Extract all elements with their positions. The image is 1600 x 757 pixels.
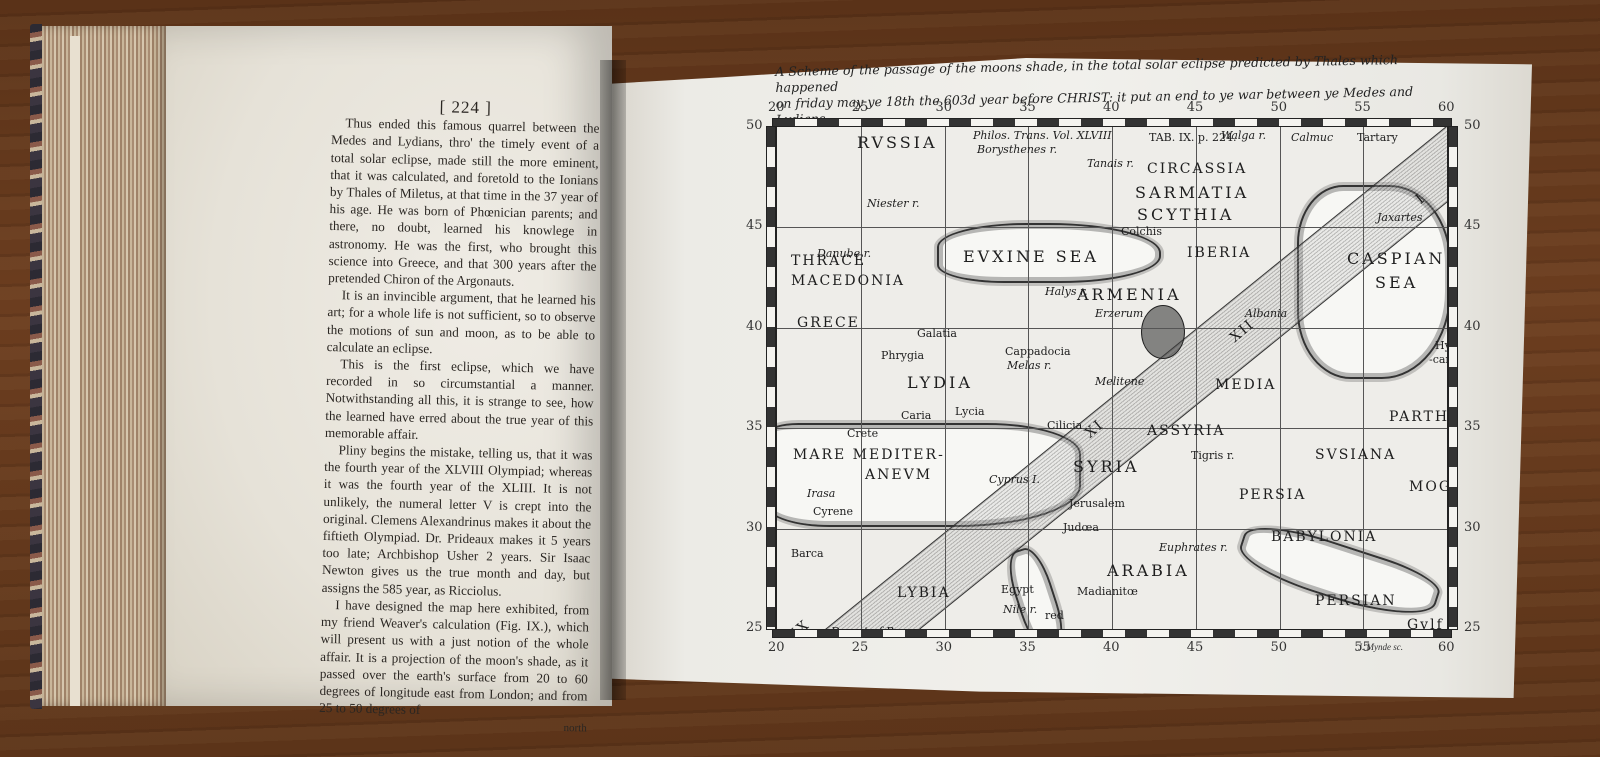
map-label: BABYLONIA [1271, 529, 1377, 545]
map-label: PERSIAN [1315, 593, 1397, 609]
map-body: RVSSIACIRCASSIASARMATIASCYTHIATHRACEMACE… [776, 126, 1448, 630]
map-label: Danube r. [817, 247, 871, 260]
map-label: Hyr- [1435, 339, 1448, 352]
marbled-book-cover-edge [30, 24, 42, 709]
map-label: Cappadocia [1005, 345, 1071, 358]
latitude-tick-left: 35 [746, 419, 763, 434]
longitude-tick-top: 30 [936, 100, 953, 115]
latitude-tick-right: 25 [1464, 620, 1481, 635]
map-label: SYRIA [1073, 457, 1139, 476]
map-label: ETHIOPIA [1135, 627, 1243, 630]
meridian-line [1028, 127, 1029, 629]
longitude-tick-bottom: 30 [936, 640, 953, 655]
map-label: SVSIANA [1315, 447, 1396, 463]
map-label: Madianitœ [1077, 585, 1138, 598]
map-label: Borysthenes r. [977, 143, 1057, 156]
paragraph: Thus ended this famous quarrel between t… [328, 114, 600, 292]
plate-reference: TAB. IX. p. 224. [1149, 131, 1236, 144]
latitude-tick-left: 45 [746, 218, 763, 233]
longitude-tick-bottom: 60 [1438, 640, 1455, 655]
map-label: SEA [1375, 273, 1418, 292]
philos-trans-note: Philos. Trans. Vol. XLVIII [973, 129, 1112, 142]
map-label: Erzerum [1095, 307, 1143, 320]
map-label: CIRCASSIA [1147, 161, 1247, 177]
latitude-tick-left: 25 [746, 620, 763, 635]
map-label: Albania [1245, 307, 1287, 320]
map-label: MARE MEDITER- [793, 447, 945, 463]
parallel-line [777, 227, 1447, 228]
longitude-tick-bottom: 45 [1187, 640, 1204, 655]
latitude-tick-right: 45 [1464, 218, 1481, 233]
longitude-tick-top: 40 [1103, 100, 1120, 115]
map-label: IBERIA [1187, 245, 1251, 261]
map-label: Jerusalem [1069, 497, 1125, 510]
latitude-tick-right: 35 [1464, 419, 1481, 434]
latitude-tick-left: 30 [746, 520, 763, 535]
map-label: LYBIA [897, 585, 951, 601]
map-label: Melitene [1095, 375, 1144, 388]
map-label: Halys r. [1045, 285, 1088, 298]
page-text-block: [ 224 ] Thus ended this famous quarrel b… [319, 96, 600, 738]
map-frame: RVSSIACIRCASSIASARMATIASCYTHIATHRACEMACE… [762, 118, 1462, 638]
map-label: Lycia [955, 405, 985, 418]
map-label: Cyrene [813, 505, 853, 518]
map-label: Irasa [807, 487, 835, 500]
map-label: MEDIA [1215, 377, 1276, 393]
map-label: Barca [791, 547, 824, 560]
map-label: Sea [1053, 627, 1074, 630]
moon-umbra-ellipse [1141, 305, 1185, 359]
longitude-tick-top: 25 [852, 100, 869, 115]
map-label: CASPIAN [1347, 249, 1445, 268]
map-label: Phrygia [881, 349, 924, 362]
map-label: Nile r. [1003, 603, 1037, 616]
longitude-tick-top: 20 [768, 100, 785, 115]
map-label: Desart of Barca [831, 625, 919, 630]
longitude-tick-top: 60 [1438, 100, 1455, 115]
longitude-tick-top: 50 [1271, 100, 1288, 115]
latitude-tick-right: 30 [1464, 520, 1481, 535]
longitude-tick-top: 55 [1354, 100, 1371, 115]
engraver-credit-sculpsit: J. Mynde sc. [1358, 642, 1403, 652]
map-label: Euphrates r. [1159, 541, 1228, 554]
map-title: A Scheme of the passage of the moons sha… [775, 51, 1456, 128]
map-label: Tartary [1357, 131, 1398, 144]
paragraph: It is an invincible argument, that he le… [327, 286, 596, 360]
paragraph: This is the first eclipse, which we have… [325, 355, 595, 447]
map-label: Cyprus I. [989, 473, 1040, 486]
map-label: red [1045, 609, 1064, 622]
map-label: LYDIA [907, 373, 973, 392]
parallel-line [777, 328, 1447, 329]
map-label: RVSSIA [857, 133, 938, 152]
map-label: GRECE [797, 315, 860, 331]
longitude-tick-top: 45 [1187, 100, 1204, 115]
book-page-edges [42, 26, 167, 706]
map-label: ARABIA [1107, 561, 1190, 580]
map-label: Jaxartes [1377, 211, 1423, 224]
map-label: Tigris r. [1191, 449, 1234, 462]
latitude-tick-right: 50 [1464, 118, 1481, 133]
map-label: -cania [1429, 353, 1448, 366]
longitude-tick-bottom: 20 [768, 640, 785, 655]
map-label: SCYTHIA [1137, 205, 1234, 224]
map-border-scale-right [1448, 126, 1458, 630]
map-label: Caria [901, 409, 931, 422]
latitude-tick-right: 40 [1464, 319, 1481, 334]
map-border-scale-left [766, 126, 776, 630]
meridian-line [1280, 127, 1281, 629]
longitude-tick-bottom: 35 [1019, 640, 1036, 655]
map-label: Colchis [1121, 225, 1162, 238]
latitude-tick-left: 40 [746, 319, 763, 334]
meridian-line [1363, 127, 1364, 629]
page-edge-highlight [70, 36, 80, 706]
map-label: ANEVM [865, 467, 932, 483]
longitude-tick-bottom: 40 [1103, 640, 1120, 655]
map-label: SARMATIA [1135, 183, 1249, 202]
map-label: Judœa [1063, 521, 1099, 534]
paragraph: I have designed the map here exhibited, … [319, 596, 589, 722]
map-label: Tanais r. [1087, 157, 1134, 170]
map-label: MACEDONIA [791, 273, 905, 289]
map-label: Niester r. [867, 197, 920, 210]
map-label: PARTHIA [1389, 409, 1448, 425]
meridian-line [861, 127, 862, 629]
map-label: MOGVL [1409, 479, 1448, 495]
longitude-tick-bottom: 25 [852, 640, 869, 655]
longitude-tick-bottom: 50 [1271, 640, 1288, 655]
map-label: Crete [847, 427, 878, 440]
latitude-tick-left: 50 [746, 118, 763, 133]
paragraph: Pliny begins the mistake, telling us, th… [322, 441, 593, 601]
map-label: PERSIA [1239, 487, 1306, 503]
map-label: ARMENIA [1077, 285, 1182, 304]
eclipse-hour-mark: IX [788, 617, 813, 630]
map-label: Egypt [1001, 583, 1034, 596]
map-label: Galatia [917, 327, 957, 340]
map-label: ASSYRIA [1147, 423, 1225, 439]
map-label: Calmuc [1291, 131, 1333, 144]
map-label: Gvlf [1407, 617, 1444, 630]
book-gutter-shadow [600, 60, 626, 700]
map-label: Cilicia [1047, 419, 1082, 432]
map-label: Melas r. [1007, 359, 1052, 372]
longitude-tick-top: 35 [1019, 100, 1036, 115]
map-label: EVXINE SEA [963, 247, 1099, 266]
